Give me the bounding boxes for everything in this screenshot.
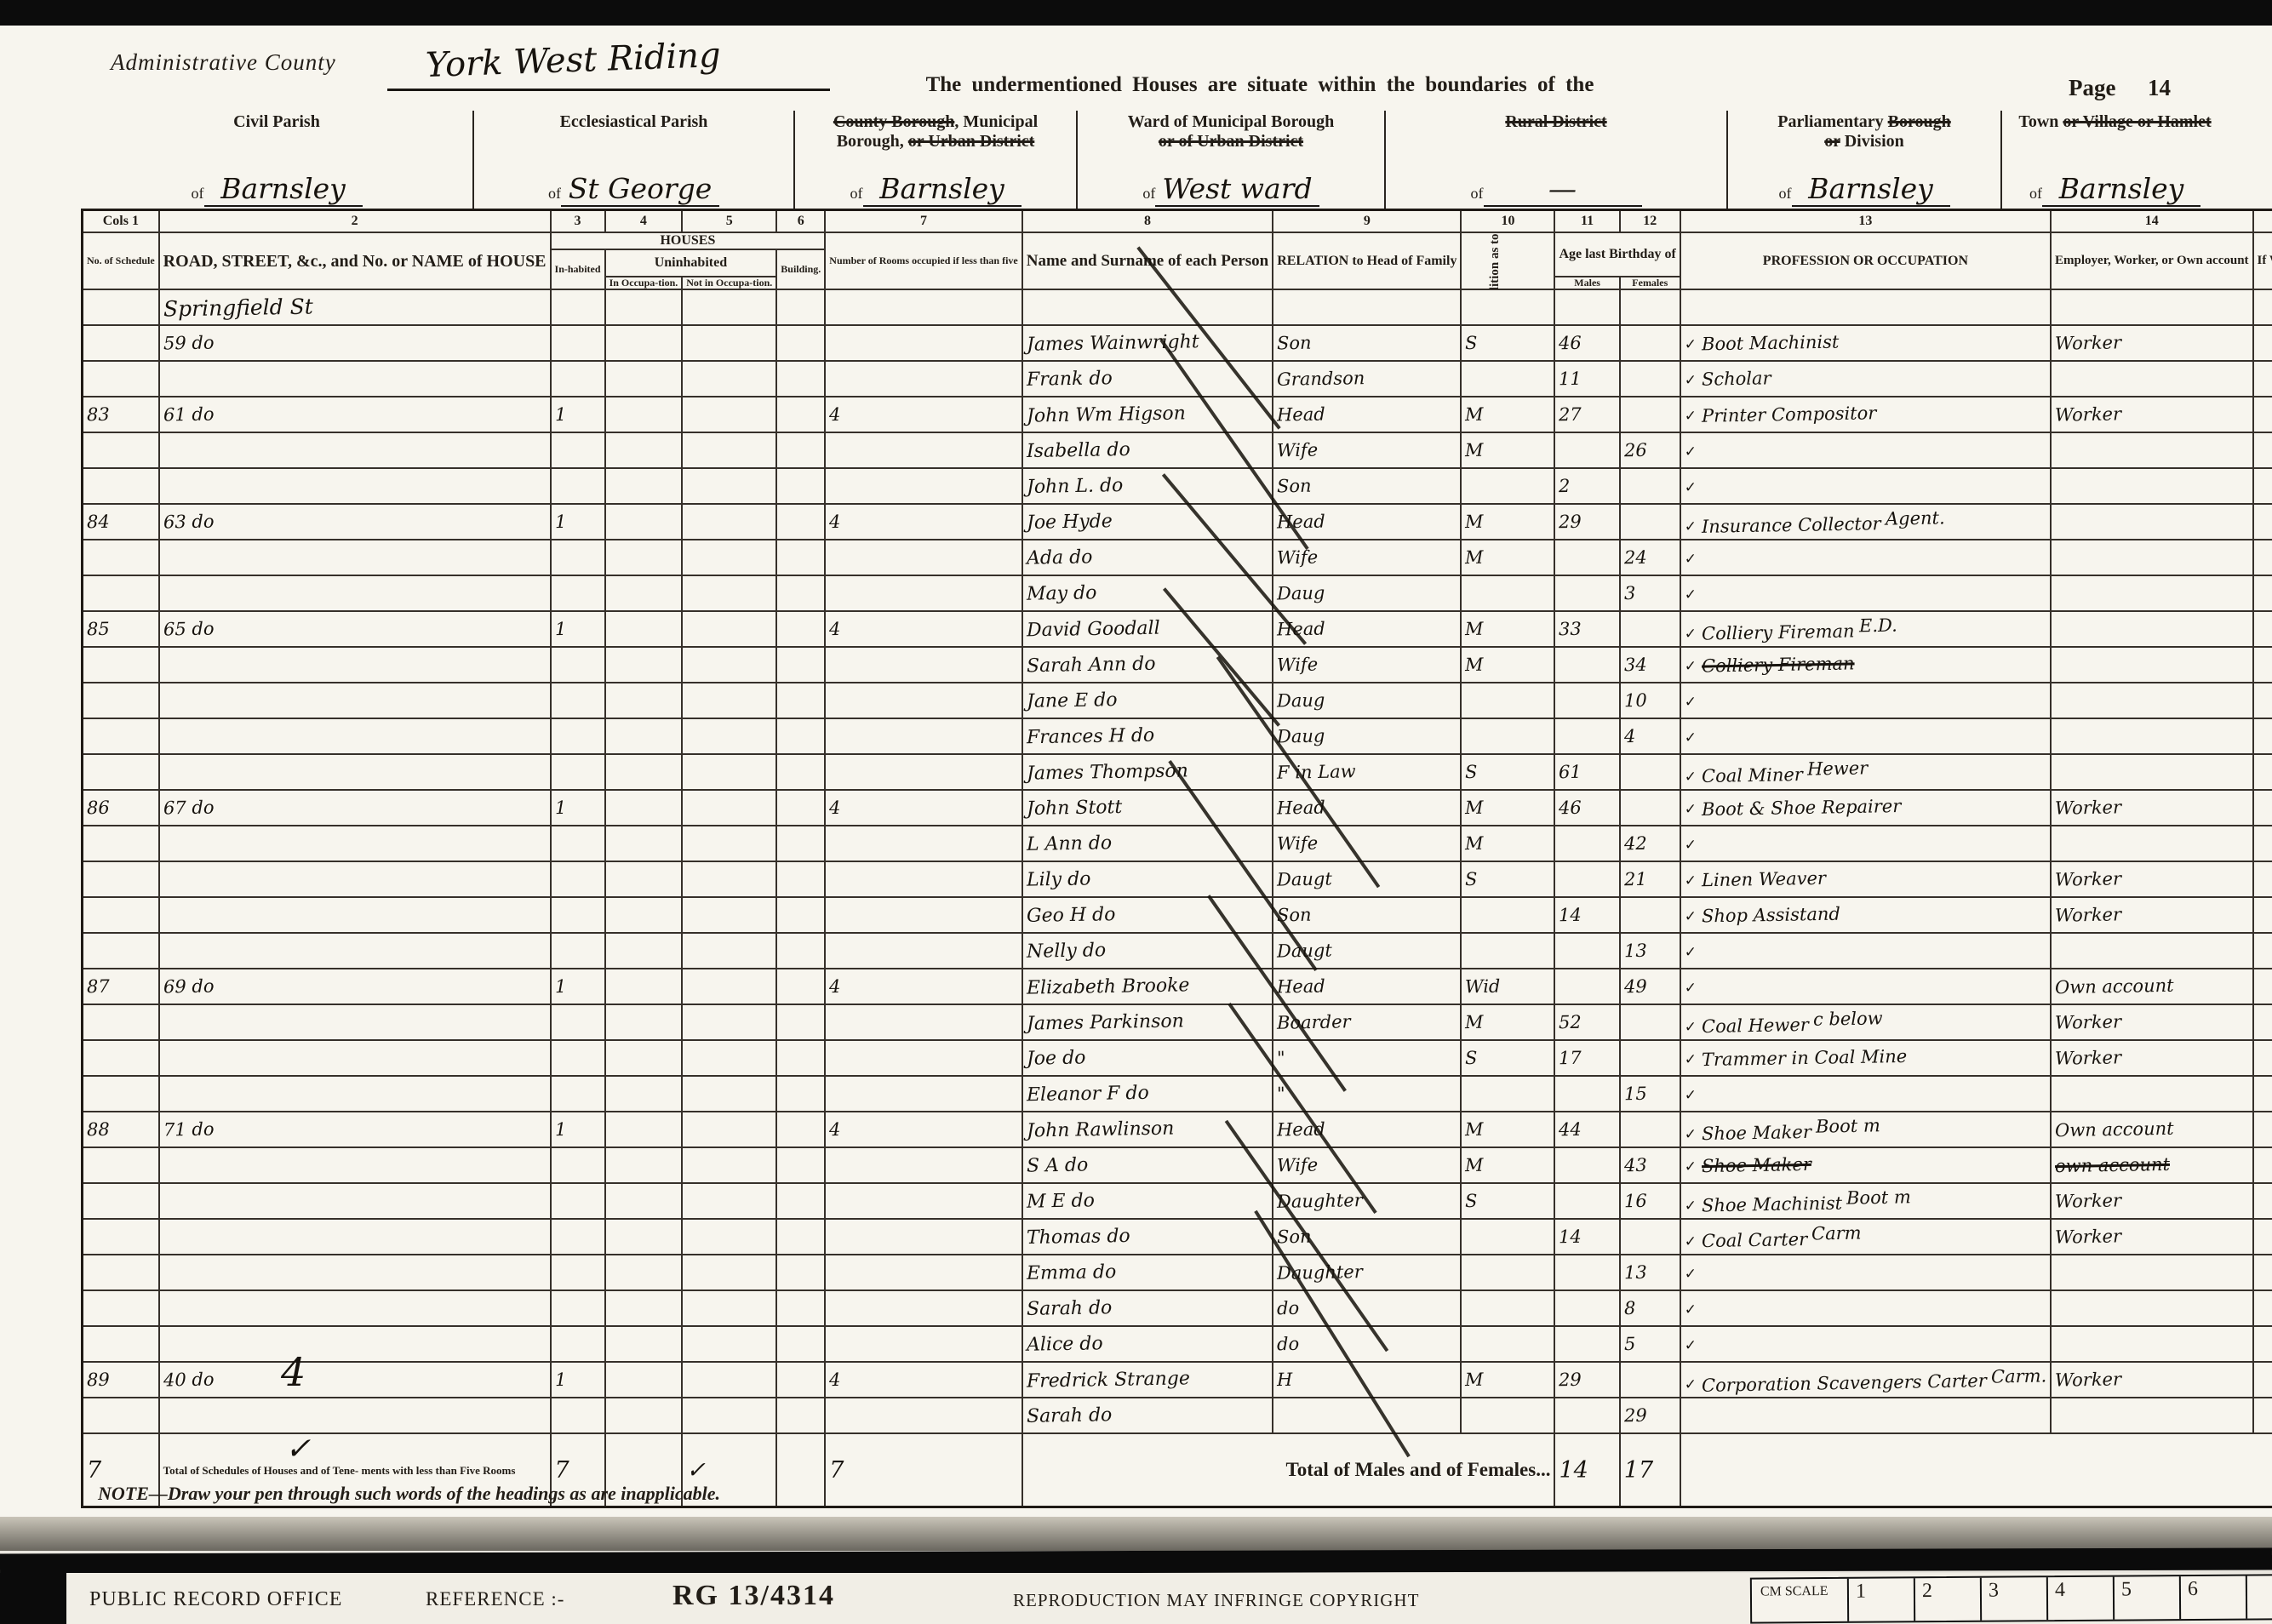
- of-label: of: [2029, 185, 2042, 202]
- relation: Wife: [1273, 647, 1461, 683]
- employer: [2051, 826, 2253, 861]
- occupation: ✓Coal CarterCarm: [1680, 1219, 2051, 1255]
- age-female: 29: [1620, 1398, 1680, 1433]
- civil-parish-value: Barnsley: [220, 172, 346, 205]
- tick-mark: ✓: [1685, 872, 1697, 889]
- table-row: Jane E doDaug10✓do Barnsley: [83, 683, 2272, 718]
- relation-text: Son: [1277, 475, 1312, 496]
- rooms: [825, 1398, 1022, 1433]
- age-male: 27: [1554, 397, 1619, 432]
- page-label: Page: [2069, 75, 2115, 100]
- employer: [2051, 1326, 2253, 1362]
- age-male: [1554, 826, 1619, 861]
- rooms: [825, 754, 1022, 790]
- tick-mark: ✓: [1685, 1376, 1697, 1393]
- at-home: [2253, 361, 2272, 397]
- uninhabited-not: [682, 504, 776, 540]
- relation: Head: [1273, 1112, 1461, 1147]
- uninhabited-in: [605, 861, 683, 897]
- at-home: [2253, 683, 2272, 718]
- occupation-text: Boot & Shoe Repairer: [1702, 795, 1902, 819]
- age-female: 8: [1620, 1290, 1680, 1326]
- condition: S: [1461, 754, 1554, 790]
- uninhabited-not: [682, 289, 776, 325]
- table-row: 8565 do14David GoodallHeadM33✓Colliery F…: [83, 611, 2272, 647]
- name-text: Jane E do: [1027, 689, 1118, 712]
- age-male: [1554, 1255, 1619, 1290]
- condition-text: S: [1465, 1047, 1478, 1067]
- employer: Worker: [2051, 861, 2253, 897]
- age-female-text: 5: [1624, 1333, 1636, 1353]
- schedule-number: [83, 1147, 159, 1183]
- undermentioned-statement: The undermentioned Houses are situate wi…: [834, 73, 1685, 97]
- house-number: 71 do: [159, 1112, 551, 1147]
- age-male: 33: [1554, 611, 1619, 647]
- rooms: 4: [825, 397, 1022, 432]
- age-male-text: 14: [1559, 1226, 1582, 1246]
- table-row: Emma doDaughter13✓do do: [83, 1255, 2272, 1290]
- at-home: [2253, 897, 2272, 933]
- age-male-text: 14: [1559, 904, 1582, 924]
- tick-mark: ✓: [1685, 1051, 1697, 1068]
- building: [776, 540, 825, 575]
- age-male-text: 46: [1559, 797, 1582, 817]
- col-number: 14: [2051, 210, 2253, 233]
- condition-text: M: [1465, 439, 1484, 460]
- uninhabited-in: [605, 1362, 683, 1398]
- rooms-text: 4: [829, 403, 841, 424]
- inhabited: 1: [551, 969, 605, 1004]
- house-number: 63 do: [159, 504, 551, 540]
- house-number: [159, 575, 551, 611]
- schedule-number: [83, 361, 159, 397]
- condition-text: M: [1465, 403, 1484, 424]
- occupation-text: Linen Weaver: [1702, 867, 1826, 890]
- name-text: Alice do: [1027, 1333, 1103, 1356]
- occupation: ✓Linen Weaver: [1680, 861, 2051, 897]
- at-home: [2253, 611, 2272, 647]
- uninhabited-in: [605, 1398, 683, 1433]
- table-row: John L. doSon2✓do do: [83, 468, 2272, 504]
- not-in-occupation-header: Not in Occupa-tion.: [682, 277, 776, 289]
- ecclesiastical-parish-cell: Ecclesiastical Parish ofSt George: [472, 111, 793, 209]
- scale-mark: 3: [1980, 1577, 2046, 1621]
- ward-value: West ward: [1162, 172, 1312, 205]
- town-value: Barnsley: [2059, 172, 2184, 205]
- uninhabited-not: [682, 1112, 776, 1147]
- employer: [2051, 683, 2253, 718]
- relation-text: Wife: [1277, 546, 1319, 568]
- struck-text: Borough: [1888, 112, 1951, 131]
- title-text: Ward of Municipal Borough: [1128, 112, 1334, 131]
- tick-mark: ✓: [1685, 658, 1697, 675]
- table-row: 8769 do14Elizabeth BrookeHeadWid49✓Own a…: [83, 969, 2272, 1004]
- rooms-text: 4: [829, 618, 841, 638]
- boundary-headers: Civil Parish ofBarnsley Ecclesiastical P…: [81, 111, 2218, 209]
- uninhabited-in: [605, 575, 683, 611]
- age-female: [1620, 325, 1680, 361]
- employer: [2051, 1398, 2253, 1433]
- age-female: 43: [1620, 1147, 1680, 1183]
- relation-text: Wife: [1277, 832, 1319, 854]
- at-home: [2253, 325, 2272, 361]
- tick-mark: ✓: [1685, 372, 1697, 389]
- name-text: James Thompson: [1027, 760, 1188, 784]
- building: [776, 1362, 825, 1398]
- relation-text: Wife: [1277, 1154, 1319, 1175]
- employer-text: Worker: [2055, 1011, 2121, 1032]
- employer: Own account: [2051, 1112, 2253, 1147]
- col-number: 4: [605, 210, 683, 233]
- house-number: [159, 1255, 551, 1290]
- name-text: David Goodall: [1027, 617, 1160, 641]
- at-home: [2253, 1004, 2272, 1040]
- age-male: 46: [1554, 790, 1619, 826]
- schedule-number: [83, 1076, 159, 1112]
- name: Frances H do: [1022, 718, 1273, 754]
- name: Emma do: [1022, 1255, 1273, 1290]
- borough-value: Barnsley: [879, 172, 1004, 205]
- condition: [1461, 683, 1554, 718]
- relation: Wife: [1273, 540, 1461, 575]
- building: [776, 754, 825, 790]
- title-text: Division: [1840, 132, 1904, 151]
- building: [776, 575, 825, 611]
- scale-blank: [2246, 1575, 2272, 1618]
- table-row: Ada doWifeM24✓do Wakefield: [83, 540, 2272, 575]
- age-male: [1554, 647, 1619, 683]
- name: Lily do: [1022, 861, 1273, 897]
- age-female-text: 15: [1624, 1083, 1647, 1103]
- col-rooms-header: Number of Rooms occupied if less than fi…: [825, 232, 1022, 289]
- relation-text: H: [1277, 1369, 1293, 1389]
- uninhabited-not: [682, 1219, 776, 1255]
- occupation-text: Coal Hewer: [1702, 1014, 1809, 1036]
- condition-text: M: [1465, 1154, 1484, 1175]
- age-female: [1620, 361, 1680, 397]
- occupation: ✓Printer Compositor: [1680, 397, 2051, 432]
- building: [776, 1040, 825, 1076]
- age-male-text: 29: [1559, 511, 1582, 531]
- house-number: [159, 754, 551, 790]
- building: [776, 1004, 825, 1040]
- of-label: of: [192, 185, 204, 202]
- schedule-number: 88: [83, 1112, 159, 1147]
- uninhabited-not: [682, 683, 776, 718]
- occupation: ✓: [1680, 969, 2051, 1004]
- age-female: [1620, 504, 1680, 540]
- building: [776, 861, 825, 897]
- rooms-text: 4: [829, 1118, 841, 1139]
- inhabited: 1: [551, 611, 605, 647]
- relation-text: Wife: [1277, 439, 1319, 460]
- occupation-text: Shoe Maker: [1702, 1153, 1811, 1175]
- uninhabited-in: [605, 289, 683, 325]
- employer: [2051, 611, 2253, 647]
- age-female-text: 3: [1624, 582, 1636, 603]
- rural-district-value: —: [1548, 172, 1577, 205]
- occupation-text: Shoe Machinist: [1702, 1192, 1843, 1215]
- total-females: 17: [1620, 1433, 1680, 1507]
- age-male: [1554, 432, 1619, 468]
- occupation-text: Corporation Scavengers Carter: [1702, 1370, 1987, 1396]
- stray-pen-mark: 4: [281, 1349, 306, 1395]
- col-number: 13: [1680, 210, 2051, 233]
- title-text: Parliamentary: [1777, 112, 1887, 131]
- employer: [2051, 1076, 2253, 1112]
- col-athome-header: If Working at Home: [2253, 232, 2272, 289]
- rooms: 4: [825, 790, 1022, 826]
- inhabited: [551, 933, 605, 969]
- occupation-note: Carm: [1811, 1222, 1862, 1244]
- table-row: 8667 do14John StottHeadM46✓Boot & Shoe R…: [83, 790, 2272, 826]
- struck-text: or of Urban District: [1159, 132, 1303, 151]
- uninhabited-not: [682, 897, 776, 933]
- tick-mark: ✓: [1685, 551, 1697, 568]
- schedule-number: 86: [83, 790, 159, 826]
- building: [776, 826, 825, 861]
- employer-text: Worker: [2055, 403, 2121, 425]
- building: [776, 1290, 825, 1326]
- occupation: ✓: [1680, 1326, 2051, 1362]
- age-female: 13: [1620, 1255, 1680, 1290]
- schedule-number: 89: [83, 1362, 159, 1398]
- employer: [2051, 540, 2253, 575]
- occupation-text: Shoe Maker: [1702, 1121, 1811, 1143]
- age-male: [1554, 1183, 1619, 1219]
- inhabited: [551, 1147, 605, 1183]
- of-label: of: [548, 185, 561, 202]
- uninhabited-in: [605, 897, 683, 933]
- title-text: Borough,: [837, 132, 908, 151]
- uninhabited-in: [605, 397, 683, 432]
- relation-text: Grandson: [1277, 368, 1365, 390]
- age-female: [1620, 1362, 1680, 1398]
- age-male-text: 2: [1559, 475, 1571, 495]
- condition: [1461, 1326, 1554, 1362]
- age-female-text: 16: [1624, 1190, 1647, 1210]
- name: Elizabeth Brooke: [1022, 969, 1273, 1004]
- name: Thomas do: [1022, 1219, 1273, 1255]
- tick-mark: ✓: [1685, 1233, 1697, 1250]
- uninhabited-in: [605, 1076, 683, 1112]
- tick-mark: ✓: [1685, 944, 1697, 961]
- occupation: ✓: [1680, 468, 2051, 504]
- schedule-number: [83, 1290, 159, 1326]
- employer-text: Worker: [2055, 904, 2121, 925]
- house-number: [159, 432, 551, 468]
- civil-parish-title: Civil Parish: [81, 111, 472, 132]
- inhabited: [551, 897, 605, 933]
- copyright-warning: REPRODUCTION MAY INFRINGE COPYRIGHT: [1013, 1590, 1419, 1611]
- relation: Daug: [1273, 718, 1461, 754]
- uninhabited-in: [605, 1147, 683, 1183]
- occupation: ✓Corporation Scavengers CarterCarm.: [1680, 1362, 2051, 1398]
- relation: Son: [1273, 325, 1461, 361]
- relation-text: Head: [1277, 975, 1325, 997]
- employer-text: Worker: [2055, 1226, 2121, 1247]
- name: May do: [1022, 575, 1273, 611]
- occupation: ✓Trammer in Coal Mine: [1680, 1040, 2051, 1076]
- house-number: [159, 1326, 551, 1362]
- relation: Daugt: [1273, 861, 1461, 897]
- house-number-text: 65 do: [163, 618, 214, 639]
- at-home: [2253, 468, 2272, 504]
- inhabited: [551, 826, 605, 861]
- col-number: 6: [776, 210, 825, 233]
- condition: M: [1461, 647, 1554, 683]
- of-label: of: [850, 185, 863, 202]
- age-female: 13: [1620, 933, 1680, 969]
- house-number-text: 67 do: [163, 797, 214, 818]
- col-number: 7: [825, 210, 1022, 233]
- uninhabited-not: [682, 933, 776, 969]
- uninhabited-not: [682, 1183, 776, 1219]
- age-male: [1554, 933, 1619, 969]
- condition-text: M: [1465, 511, 1484, 531]
- schedule-number: 85: [83, 611, 159, 647]
- uninhabited-not: [682, 540, 776, 575]
- schedule-number-text: 87: [87, 975, 110, 996]
- rooms-text: 4: [829, 797, 841, 817]
- rooms: [825, 897, 1022, 933]
- schedule-number: [83, 933, 159, 969]
- occupation-note: c below: [1813, 1008, 1883, 1029]
- ecclesiastical-parish-value: St George: [569, 172, 713, 205]
- inhabited: [551, 361, 605, 397]
- col-number: 15: [2253, 210, 2272, 233]
- condition: [1461, 1255, 1554, 1290]
- schedule-number: [83, 683, 159, 718]
- occupation: ✓: [1680, 432, 2051, 468]
- age-male-text: 44: [1559, 1118, 1582, 1139]
- occupation: [1680, 289, 2051, 325]
- name-text: John Wm Higson: [1027, 403, 1186, 426]
- employer-text: Worker: [2055, 797, 2121, 818]
- house-number: [159, 1219, 551, 1255]
- condition: M: [1461, 1112, 1554, 1147]
- house-number-text: 61 do: [163, 403, 214, 425]
- table-row: Eleanor F do"15✓do Gawthorpe: [83, 1076, 2272, 1112]
- schedule-number-text: 83: [87, 403, 110, 424]
- house-number: 67 do: [159, 790, 551, 826]
- condition: M: [1461, 1004, 1554, 1040]
- condition: M: [1461, 1362, 1554, 1398]
- house-number: [159, 1040, 551, 1076]
- col-number: Cols 1: [83, 210, 159, 233]
- parliamentary-value: Barnsley: [1808, 172, 1933, 205]
- table-row: Sarah do29Yorkshire Barnsley: [83, 1398, 2272, 1433]
- inhabited-text: 1: [554, 618, 566, 638]
- employer: Worker: [2051, 790, 2253, 826]
- condition: M: [1461, 826, 1554, 861]
- uninhabited-not: [682, 361, 776, 397]
- name: James Parkinson: [1022, 1004, 1273, 1040]
- struck-text: or Urban District: [908, 132, 1035, 151]
- name-text: Ada do: [1027, 546, 1093, 569]
- age-female-text: 13: [1624, 1261, 1647, 1282]
- name-text: Sarah do: [1027, 1404, 1113, 1427]
- house-number: [159, 683, 551, 718]
- employer-text: Own account: [2055, 1118, 2174, 1140]
- occupation-text: Coal Miner: [1702, 763, 1803, 786]
- census-rows: Springfield St59 doJames WainwrightSonS4…: [83, 289, 2272, 1433]
- name-text: M E do: [1027, 1190, 1095, 1212]
- rooms: [825, 683, 1022, 718]
- name-text: Thomas do: [1027, 1225, 1130, 1248]
- title-text: , Municipal: [954, 112, 1038, 131]
- name: Alice do: [1022, 1326, 1273, 1362]
- house-number-text: 59 do: [163, 332, 214, 353]
- age-female: [1620, 1219, 1680, 1255]
- occupation: ✓Colliery FiremanE.D.: [1680, 611, 2051, 647]
- tick-mark: ✓: [1685, 1301, 1697, 1318]
- street-name-row: Springfield St: [83, 289, 2272, 325]
- occupation-text: Colliery Fireman: [1702, 653, 1855, 676]
- inhabited: [551, 647, 605, 683]
- uninhabited-not: [682, 1004, 776, 1040]
- name-text: S A do: [1027, 1154, 1089, 1176]
- relation: Head: [1273, 969, 1461, 1004]
- inhabited-text: 1: [554, 975, 566, 996]
- employer: [2051, 933, 2253, 969]
- age-female-text: 8: [1624, 1297, 1636, 1318]
- relation: H: [1273, 1362, 1461, 1398]
- age-male: 61: [1554, 754, 1619, 790]
- uninhabited-in: [605, 969, 683, 1004]
- occupation: ✓: [1680, 826, 2051, 861]
- tick-mark: ✓: [1685, 729, 1697, 746]
- age-female-text: 29: [1624, 1404, 1647, 1425]
- scale-mark: 2: [1914, 1578, 1980, 1621]
- employer: [2051, 575, 2253, 611]
- condition: M: [1461, 790, 1554, 826]
- occupation: ✓Colliery Fireman: [1680, 647, 2051, 683]
- schedule-number: [83, 1219, 159, 1255]
- at-home: [2253, 575, 2272, 611]
- employer-text: Worker: [2055, 1047, 2121, 1068]
- uninhabited-not: [682, 1255, 776, 1290]
- employer: [2051, 432, 2253, 468]
- table-row: Nelly doDaugt13✓do Barnsley: [83, 933, 2272, 969]
- stray-pen-check: ✓: [285, 1432, 311, 1467]
- schedule-number: [83, 897, 159, 933]
- occupation-note: Boot m: [1846, 1187, 1911, 1208]
- name: Geo H do: [1022, 897, 1273, 933]
- schedule-number: [83, 1004, 159, 1040]
- age-male: [1554, 289, 1619, 325]
- relation-text: Head: [1277, 1118, 1325, 1140]
- public-record-office-label: PUBLIC RECORD OFFICE: [89, 1588, 342, 1611]
- employer: [2051, 468, 2253, 504]
- house-number-text: 71 do: [163, 1118, 214, 1140]
- struck-text: County Borough: [833, 112, 954, 131]
- condition-text: S: [1465, 761, 1478, 781]
- rooms-text: 4: [829, 511, 841, 531]
- age-male: [1554, 1290, 1619, 1326]
- relation-text: Boarder: [1277, 1011, 1351, 1033]
- uninhabited-not: [682, 861, 776, 897]
- age-female: [1620, 897, 1680, 933]
- condition-text: S: [1465, 332, 1478, 352]
- uninhabited-header: Uninhabited: [605, 249, 777, 277]
- condition-text: S: [1465, 868, 1478, 889]
- administrative-county-underline: [387, 89, 830, 91]
- name: John Wm Higson: [1022, 397, 1273, 432]
- age-female: 34: [1620, 647, 1680, 683]
- age-male: 11: [1554, 361, 1619, 397]
- employer: [2051, 289, 2253, 325]
